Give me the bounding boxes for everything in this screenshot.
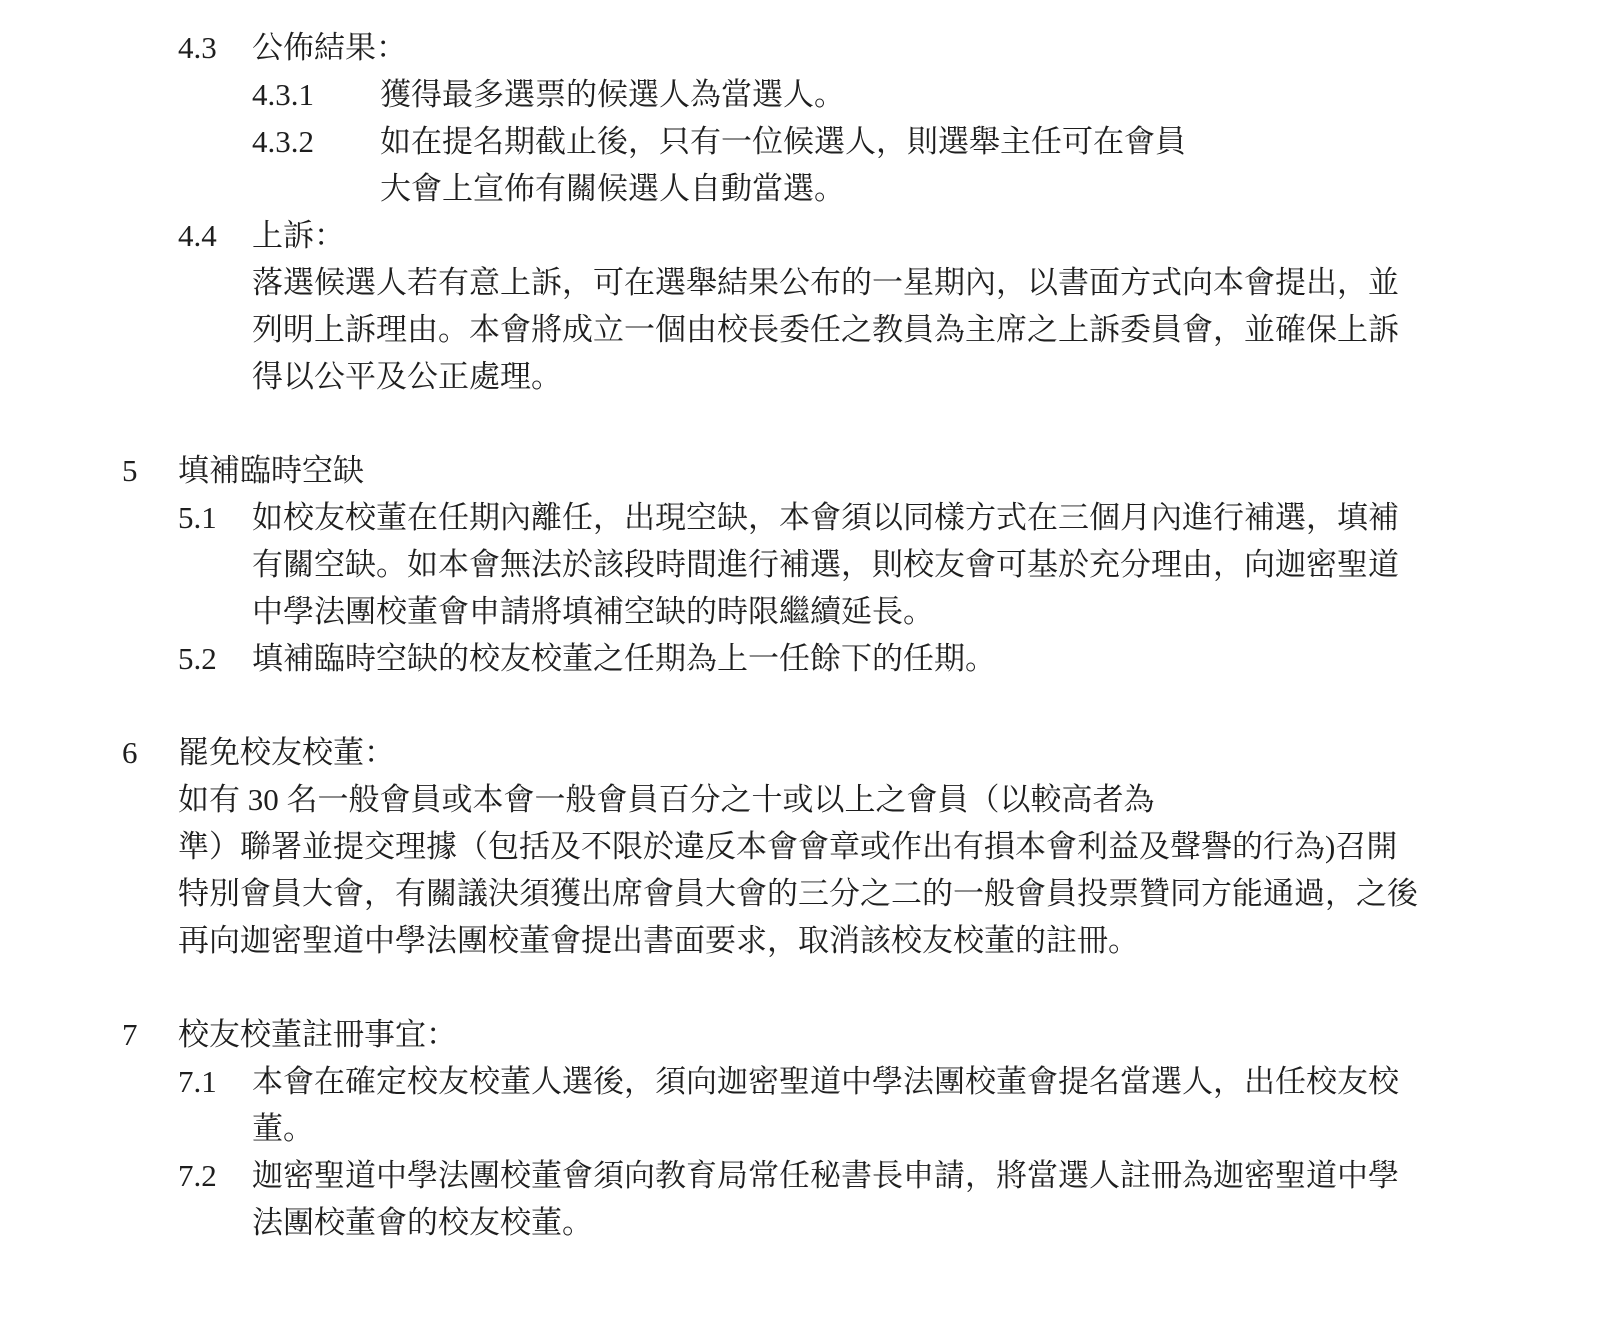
section-title: 校友校董註冊事宜：	[178, 1011, 457, 1058]
clause-4-3-1: 4.3.1 獲得最多選票的候選人為當選人。	[252, 71, 1600, 118]
clause-5-2: 5.2 填補臨時空缺的校友校董之任期為上一任餘下的任期。	[178, 635, 1600, 682]
clause-text: 中學法團校董會申請將填補空缺的時限繼續延長。	[252, 588, 934, 635]
clause-4-4-line-3: 得以公平及公正處理。	[252, 353, 1600, 400]
section-title: 填補臨時空缺	[178, 447, 364, 494]
clause-4-4-line-2: 列明上訴理由。本會將成立一個由校長委任之教員為主席之上訴委員會，並確保上訴	[252, 306, 1600, 353]
clause-text: 填補臨時空缺的校友校董之任期為上一任餘下的任期。	[252, 635, 996, 682]
clause-5-1-line-2: 有關空缺。如本會無法於該段時間進行補選，則校友會可基於充分理由，向迦密聖道	[252, 541, 1600, 588]
clause-number: 7.1	[178, 1058, 252, 1105]
clause-text: 本會在確定校友校董人選後，須向迦密聖道中學法團校董會提名當選人，出任校友校	[252, 1058, 1399, 1105]
clause-number: 4.4	[178, 212, 252, 259]
clause-4-3-2-line-2: 大會上宣佈有關候選人自動當選。	[380, 165, 1600, 212]
clause-number: 4.3.2	[252, 118, 380, 165]
clause-text: 如在提名期截止後，只有一位候選人，則選舉主任可在會員	[380, 118, 1186, 165]
section-6-line-3: 特別會員大會，有關議決須獲出席會員大會的三分之二的一般會員投票贊同方能通過，之後	[178, 870, 1600, 917]
clause-text: 再向迦密聖道中學法團校董會提出書面要求，取消該校友校董的註冊。	[178, 917, 1139, 964]
section-6-line-1: 如有 30 名一般會員或本會一般會員百分之十或以上之會員（以較高者為	[178, 776, 1600, 823]
clause-title: 上訴：	[252, 212, 345, 259]
clause-7-1: 7.1 本會在確定校友校董人選後，須向迦密聖道中學法團校董會提名當選人，出任校友…	[178, 1058, 1600, 1105]
section-number: 5	[122, 447, 178, 494]
clause-4-3: 4.3 公佈結果：	[178, 24, 1600, 71]
clause-text: 迦密聖道中學法團校董會須向教育局常任秘書長申請，將當選人註冊為迦密聖道中學	[252, 1152, 1399, 1199]
clause-text: 大會上宣佈有關候選人自動當選。	[380, 165, 845, 212]
document-page: 4.3 公佈結果： 4.3.1 獲得最多選票的候選人為當選人。 4.3.2 如在…	[0, 0, 1600, 1246]
section-7: 7 校友校董註冊事宜：	[122, 1011, 1600, 1058]
clause-5-1-line-3: 中學法團校董會申請將填補空缺的時限繼續延長。	[252, 588, 1600, 635]
clause-text: 得以公平及公正處理。	[252, 353, 562, 400]
clause-text: 如校友校董在任期內離任，出現空缺，本會須以同樣方式在三個月內進行補選，填補	[252, 494, 1399, 541]
clause-number: 7.2	[178, 1152, 252, 1199]
clause-5-1: 5.1 如校友校董在任期內離任，出現空缺，本會須以同樣方式在三個月內進行補選，填…	[178, 494, 1600, 541]
clause-7-2-line-2: 法團校董會的校友校董。	[252, 1199, 1600, 1246]
section-6-line-4: 再向迦密聖道中學法團校董會提出書面要求，取消該校友校董的註冊。	[178, 917, 1600, 964]
clause-title: 公佈結果：	[252, 24, 407, 71]
clause-text: 落選候選人若有意上訴，可在選舉結果公布的一星期內，以書面方式向本會提出，並	[252, 259, 1399, 306]
clause-number: 4.3.1	[252, 71, 380, 118]
clause-4-4: 4.4 上訴：	[178, 212, 1600, 259]
section-number: 6	[122, 729, 178, 776]
section-5: 5 填補臨時空缺	[122, 447, 1600, 494]
clause-text: 有關空缺。如本會無法於該段時間進行補選，則校友會可基於充分理由，向迦密聖道	[252, 541, 1399, 588]
clause-number: 4.3	[178, 24, 252, 71]
clause-4-4-line-1: 落選候選人若有意上訴，可在選舉結果公布的一星期內，以書面方式向本會提出，並	[252, 259, 1600, 306]
section-6-line-2: 準）聯署並提交理據（包括及不限於違反本會會章或作出有損本會利益及聲譽的行為)召開	[178, 823, 1600, 870]
clause-text: 董。	[252, 1105, 314, 1152]
clause-text: 列明上訴理由。本會將成立一個由校長委任之教員為主席之上訴委員會，並確保上訴	[252, 306, 1399, 353]
section-title: 罷免校友校董：	[178, 729, 395, 776]
clause-number: 5.2	[178, 635, 252, 682]
clause-7-1-line-2: 董。	[252, 1105, 1600, 1152]
clause-text: 準）聯署並提交理據（包括及不限於違反本會會章或作出有損本會利益及聲譽的行為)召開	[178, 823, 1397, 870]
section-6: 6 罷免校友校董：	[122, 729, 1600, 776]
clause-text: 法團校董會的校友校董。	[252, 1199, 593, 1246]
clause-text: 獲得最多選票的候選人為當選人。	[380, 71, 845, 118]
clause-7-2: 7.2 迦密聖道中學法團校董會須向教育局常任秘書長申請，將當選人註冊為迦密聖道中…	[178, 1152, 1600, 1199]
section-number: 7	[122, 1011, 178, 1058]
clause-4-3-2: 4.3.2 如在提名期截止後，只有一位候選人，則選舉主任可在會員	[252, 118, 1600, 165]
clause-number: 5.1	[178, 494, 252, 541]
clause-text: 如有 30 名一般會員或本會一般會員百分之十或以上之會員（以較高者為	[178, 776, 1155, 823]
clause-text: 特別會員大會，有關議決須獲出席會員大會的三分之二的一般會員投票贊同方能通過，之後	[178, 870, 1418, 917]
